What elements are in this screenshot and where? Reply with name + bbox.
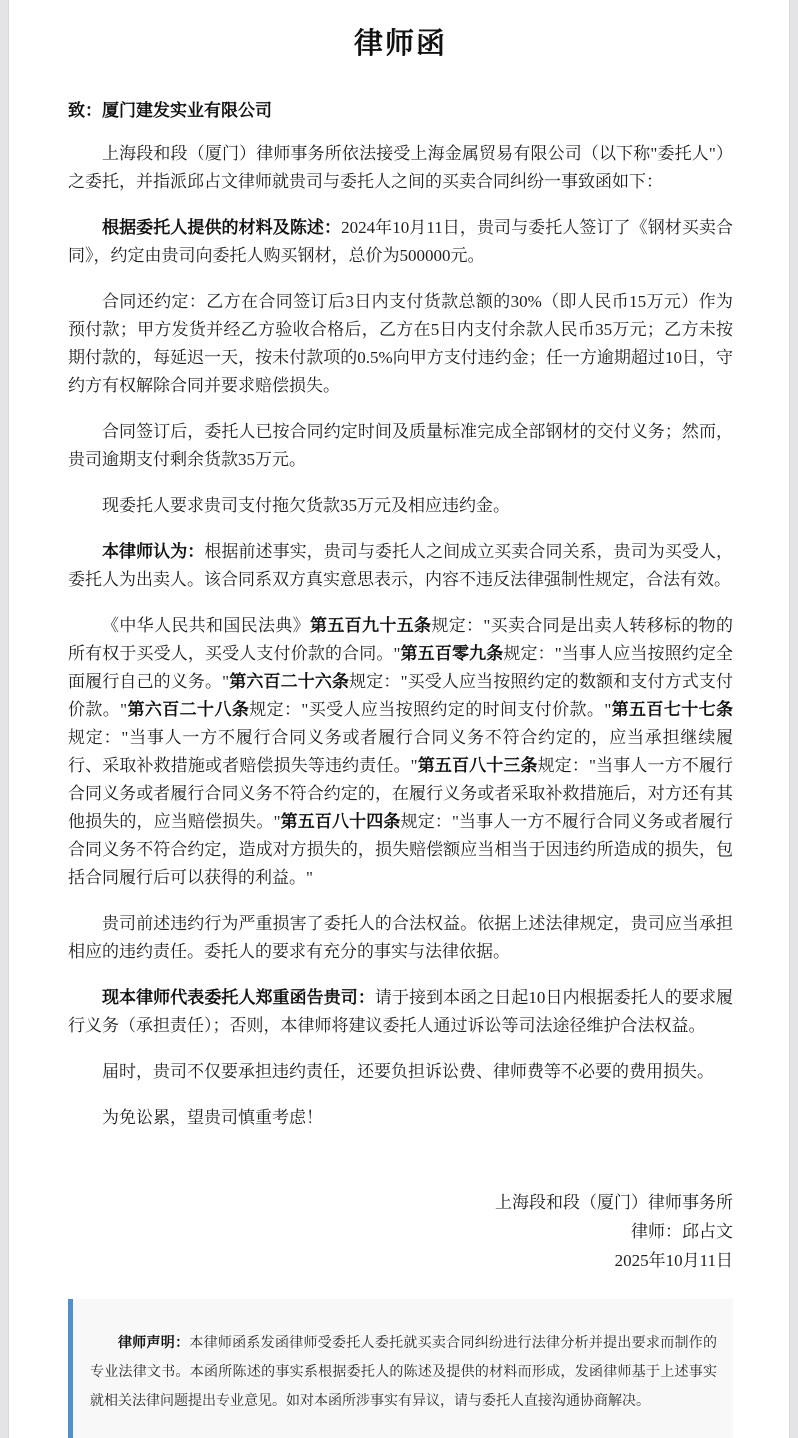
bold-run: 本律师认为： bbox=[102, 542, 204, 561]
text-run: 上海段和段（厦门）律师事务所依法接受上海金属贸易有限公司（以下称"委托人"）之委… bbox=[68, 144, 733, 191]
body-paragraph: 本律师认为：根据前述事实，贵司与委托人之间成立买卖合同关系，贵司为买受人，委托人… bbox=[68, 538, 733, 594]
signature-firm: 上海段和段（厦门）律师事务所 bbox=[68, 1188, 733, 1217]
text-run: 现委托人要求贵司支付拖欠货款35万元及相应违约金。 bbox=[102, 496, 510, 515]
body-paragraph: 届时，贵司不仅要承担违约责任，还要负担诉讼费、律师费等不必要的费用损失。 bbox=[68, 1058, 733, 1086]
body-paragraph: 现委托人要求贵司支付拖欠货款35万元及相应违约金。 bbox=[68, 492, 733, 520]
bold-run: 第五百八十四条 bbox=[281, 812, 401, 831]
bold-run: 律师声明： bbox=[118, 1336, 189, 1351]
text-run: 《中华人民共和国民法典》 bbox=[102, 616, 310, 635]
body-paragraph: 《中华人民共和国民法典》第五百九十五条规定："买卖合同是出卖人转移标的物的所有权… bbox=[68, 612, 733, 892]
page-gutter-right bbox=[789, 0, 798, 1438]
body-paragraph: 合同签订后，委托人已按合同约定时间及质量标准完成全部钢材的交付义务；然而，贵司逾… bbox=[68, 418, 733, 474]
body-paragraph: 现本律师代表委托人郑重函告贵司：请于接到本函之日起10日内根据委托人的要求履行义… bbox=[68, 984, 733, 1040]
text-run: 规定："买受人应当按照约定的时间支付价款。" bbox=[249, 700, 611, 719]
signature-date: 2025年10月11日 bbox=[68, 1246, 733, 1275]
bold-run: 第五百九十五条 bbox=[310, 616, 431, 635]
text-run: 为免讼累，望贵司慎重考虑！ bbox=[102, 1108, 323, 1127]
text-run: 届时，贵司不仅要承担违约责任，还要负担诉讼费、律师费等不必要的费用损失。 bbox=[102, 1062, 714, 1081]
signature-lawyer: 律师：邱占文 bbox=[68, 1217, 733, 1246]
text-run: 贵司前述违约行为严重损害了委托人的合法权益。依据上述法律规定，贵司应当承担相应的… bbox=[68, 914, 733, 961]
body-paragraph: 上海段和段（厦门）律师事务所依法接受上海金属贸易有限公司（以下称"委托人"）之委… bbox=[68, 140, 733, 196]
body-paragraph: 贵司前述违约行为严重损害了委托人的合法权益。依据上述法律规定，贵司应当承担相应的… bbox=[68, 910, 733, 966]
bold-run: 第五百七十七条 bbox=[611, 700, 733, 719]
letter-page: 律师函 致：厦门建发实业有限公司 上海段和段（厦门）律师事务所依法接受上海金属贸… bbox=[0, 0, 798, 1438]
recipient-line: 致：厦门建发实业有限公司 bbox=[68, 100, 733, 122]
bold-run: 第五百零九条 bbox=[400, 644, 503, 663]
text-run: 合同还约定：乙方在合同签订后3日内支付货款总额的30%（即人民币15万元）作为预… bbox=[68, 292, 733, 395]
letter-content: 律师函 致：厦门建发实业有限公司 上海段和段（厦门）律师事务所依法接受上海金属贸… bbox=[68, 0, 733, 1438]
text-run: 合同签订后，委托人已按合同约定时间及质量标准完成全部钢材的交付义务；然而，贵司逾… bbox=[68, 422, 733, 469]
bold-run: 根据委托人提供的材料及陈述： bbox=[102, 218, 341, 237]
bold-run: 现本律师代表委托人郑重函告贵司： bbox=[102, 988, 375, 1007]
page-gutter-left bbox=[0, 0, 9, 1438]
bold-run: 第六百二十八条 bbox=[127, 700, 249, 719]
bold-run: 第五百八十三条 bbox=[418, 756, 538, 775]
body-paragraph: 为免讼累，望贵司慎重考虑！ bbox=[68, 1104, 733, 1132]
body-paragraph: 根据委托人提供的材料及陈述：2024年10月11日，贵司与委托人签订了《钢材买卖… bbox=[68, 214, 733, 270]
disclaimer-box: 律师声明：本律师函系发函律师受委托人委托就买卖合同纠纷进行法律分析并提出要求而制… bbox=[68, 1299, 733, 1438]
body-paragraph: 合同还约定：乙方在合同签订后3日内支付货款总额的30%（即人民币15万元）作为预… bbox=[68, 288, 733, 400]
bold-run: 第六百二十六条 bbox=[229, 672, 349, 691]
letter-body: 上海段和段（厦门）律师事务所依法接受上海金属贸易有限公司（以下称"委托人"）之委… bbox=[68, 140, 733, 1132]
signature-block: 上海段和段（厦门）律师事务所 律师：邱占文 2025年10月11日 bbox=[68, 1188, 733, 1275]
letter-title: 律师函 bbox=[68, 24, 733, 64]
disclaimer-text: 律师声明：本律师函系发函律师受委托人委托就买卖合同纠纷进行法律分析并提出要求而制… bbox=[90, 1329, 717, 1416]
